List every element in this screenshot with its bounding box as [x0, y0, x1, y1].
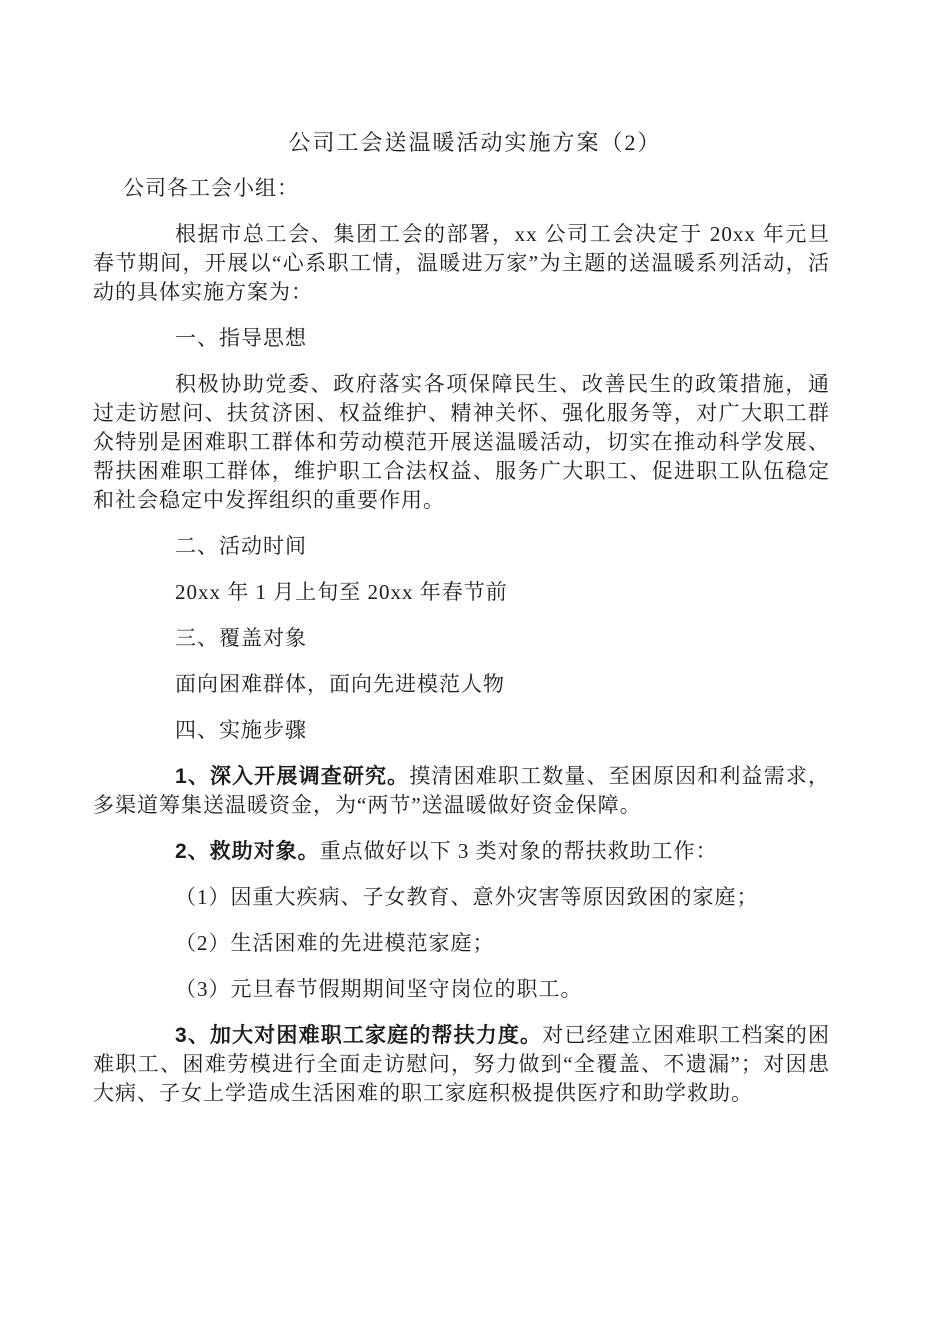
salutation-line: 公司各工会小组： — [93, 174, 830, 203]
step-2-lead: 2、救助对象。 — [175, 840, 320, 863]
document-title: 公司工会送温暖活动实施方案（2） — [120, 128, 830, 157]
step-1-lead: 1、深入开展调查研究。 — [175, 765, 409, 788]
section-4-heading: 四、实施步骤 — [93, 716, 830, 745]
step-3-lead: 3、加大对困难职工家庭的帮扶力度。 — [175, 1024, 542, 1047]
section-1-body: 积极协助党委、政府落实各项保障民生、改善民生的政策措施，通过走访慰问、扶贫济困、… — [93, 370, 830, 515]
step-2-paragraph: 2、救助对象。重点做好以下 3 类对象的帮扶救助工作： — [93, 837, 830, 866]
step-1-paragraph: 1、深入开展调查研究。摸清困难职工数量、至困原因和利益需求，多渠道筹集送温暖资金… — [93, 762, 830, 820]
section-2-heading: 二、活动时间 — [93, 532, 830, 561]
section-3-body: 面向困难群体，面向先进模范人物 — [93, 670, 830, 699]
step-2-text: 重点做好以下 3 类对象的帮扶救助工作： — [320, 839, 718, 863]
step-3-paragraph: 3、加大对困难职工家庭的帮扶力度。对已经建立困难职工档案的困难职工、困难劳模进行… — [93, 1021, 830, 1108]
rescue-target-item-2: （2）生活困难的先进模范家庭； — [93, 929, 830, 958]
section-3-heading: 三、覆盖对象 — [93, 624, 830, 653]
section-1-heading: 一、指导思想 — [93, 324, 830, 353]
rescue-target-item-3: （3）元旦春节假期期间坚守岗位的职工。 — [93, 975, 830, 1004]
intro-paragraph: 根据市总工会、集团工会的部署，xx 公司工会决定于 20xx 年元旦春节期间，开… — [93, 220, 830, 307]
rescue-target-item-1: （1）因重大疾病、子女教育、意外灾害等原因致困的家庭； — [93, 883, 830, 912]
section-2-body: 20xx 年 1 月上旬至 20xx 年春节前 — [93, 578, 830, 607]
document-page: 公司工会送温暖活动实施方案（2） 公司各工会小组： 根据市总工会、集团工会的部署… — [0, 0, 950, 1344]
